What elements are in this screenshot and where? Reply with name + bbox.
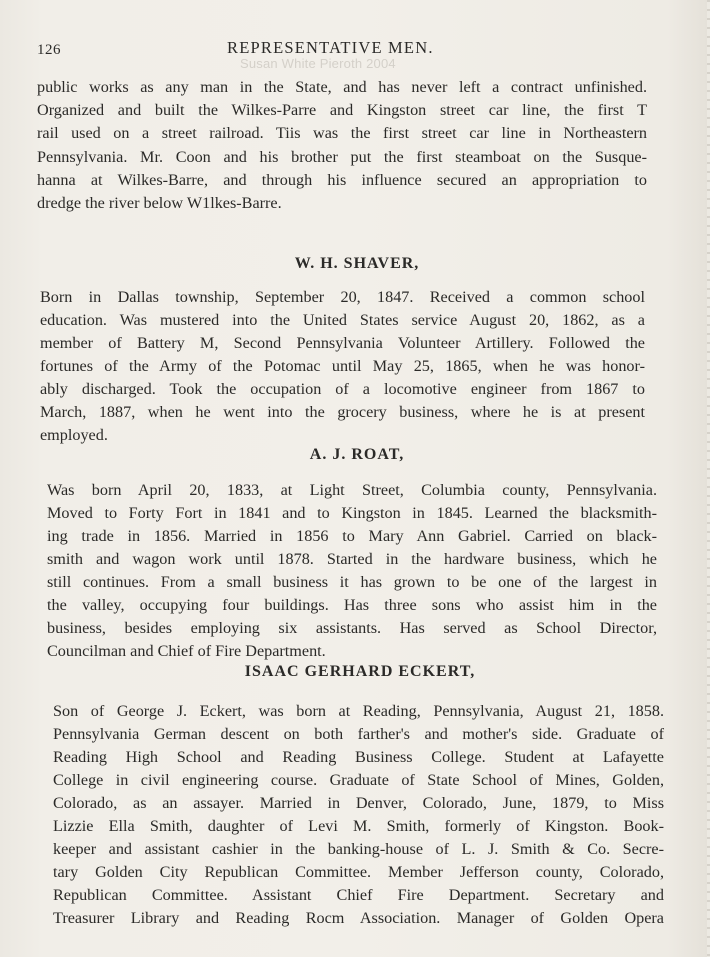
text-line: Lizzie Ella Smith, daughter of Levi M. S…	[53, 815, 664, 838]
paragraph: Son of George J. Eckert, was born at Rea…	[53, 700, 664, 930]
text-line: keeper and assistant cashier in the bank…	[53, 838, 664, 861]
section-continuation: public works as any man in the State, an…	[37, 76, 647, 215]
paragraph: Was born April 20, 1833, at Light Street…	[47, 479, 657, 663]
section-eckert: Son of George J. Eckert, was born at Rea…	[53, 700, 664, 930]
text-line: smith and wagon work until 1878. Started…	[47, 548, 657, 571]
text-line: hanna at Wilkes-Barre, and through his i…	[37, 169, 647, 192]
text-line: employed.	[40, 424, 645, 447]
text-line: Son of George J. Eckert, was born at Rea…	[53, 700, 664, 723]
heading-shaver-wrap: W. H. SHAVER,	[37, 255, 647, 273]
paragraph: public works as any man in the State, an…	[37, 76, 647, 215]
text-line: dredge the river below W1lkes-Barre.	[37, 192, 647, 215]
ink-speck	[265, 649, 267, 651]
paragraph: Born in Dallas township, September 20, 1…	[40, 286, 645, 447]
section-heading-eckert: ISAAC GERHARD ECKERT,	[37, 663, 647, 681]
text-line: business, besides employing six assistan…	[47, 617, 657, 640]
book-page: 126 REPRESENTATIVE MEN. Susan White Pier…	[0, 0, 710, 957]
text-line: tary Golden City Republican Committee. M…	[53, 861, 664, 884]
section-shaver: Born in Dallas township, September 20, 1…	[40, 286, 645, 447]
text-line: Reading High School and Reading Business…	[53, 746, 664, 769]
running-title: REPRESENTATIVE MEN.	[227, 38, 434, 58]
text-line: still continues. From a small business i…	[47, 571, 657, 594]
text-line: Pennsylvania. Mr. Coon and his brother p…	[37, 146, 647, 169]
heading-eckert-wrap: ISAAC GERHARD ECKERT,	[37, 663, 647, 681]
text-line: ably discharged. Took the occupation of …	[40, 378, 645, 401]
section-roat: Was born April 20, 1833, at Light Street…	[47, 479, 657, 663]
page-number: 126	[37, 42, 61, 59]
text-line: ing trade in 1856. Married in 1856 to Ma…	[47, 525, 657, 548]
text-line: College in civil engineering course. Gra…	[53, 769, 664, 792]
watermark: Susan White Pieroth 2004	[240, 56, 396, 71]
text-line: public works as any man in the State, an…	[37, 76, 647, 99]
text-line: Moved to Forty Fort in 1841 and to Kings…	[47, 502, 657, 525]
section-heading-shaver: W. H. SHAVER,	[37, 255, 647, 273]
text-line: rail used on a street railroad. Tiis was…	[37, 122, 647, 145]
text-line: the valley, occupying four buildings. Ha…	[47, 594, 657, 617]
text-line: Republican Committee. Assistant Chief Fi…	[53, 884, 664, 907]
text-line: Treasurer Library and Reading Rocm Assoc…	[53, 907, 664, 930]
text-line: Colorado, as an assayer. Married in Denv…	[53, 792, 664, 815]
text-line: Councilman and Chief of Fire Department.	[47, 640, 657, 663]
text-line: Born in Dallas township, September 20, 1…	[40, 286, 645, 309]
text-line: education. Was mustered into the United …	[40, 309, 645, 332]
text-line: fortunes of the Army of the Potomac unti…	[40, 355, 645, 378]
text-line: Was born April 20, 1833, at Light Street…	[47, 479, 657, 502]
section-heading-roat: A. J. ROAT,	[37, 446, 647, 464]
text-line: member of Battery M, Second Pennsylvania…	[40, 332, 645, 355]
text-line: March, 1887, when he went into the groce…	[40, 401, 645, 424]
heading-roat-wrap: A. J. ROAT,	[37, 446, 647, 464]
text-line: Organized and built the Wilkes-Parre and…	[37, 99, 647, 122]
text-line: Pennsylvania German descent on both fart…	[53, 723, 664, 746]
